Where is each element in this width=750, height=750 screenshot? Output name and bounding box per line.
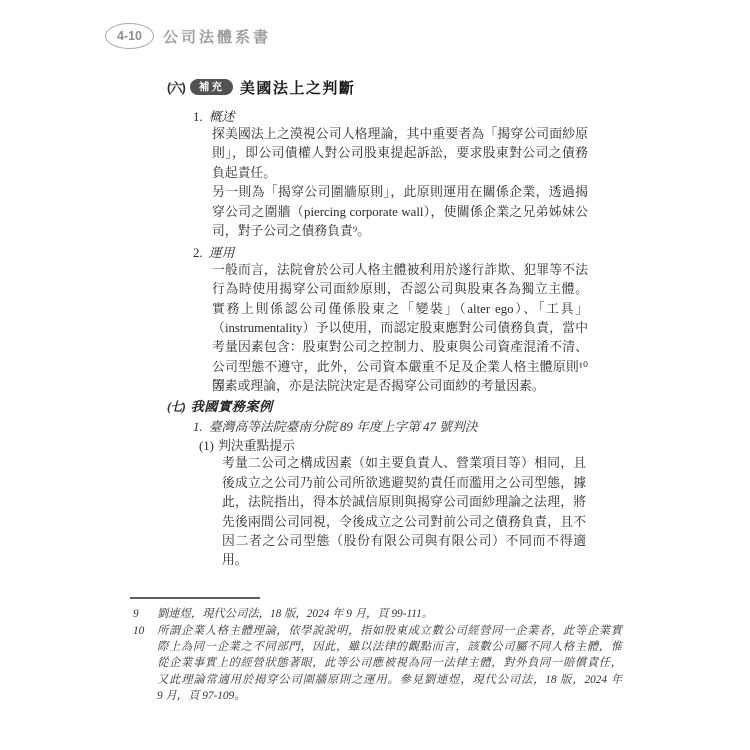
footnote-text: 所謂企業人格主體理論，依學說說明，指如股東成立數公司經營同一企業者，此等企業實際…: [157, 623, 622, 705]
book-title: 公司法體系書: [163, 26, 271, 47]
footnote-line: 9 月，頁 97-109。: [157, 688, 622, 704]
footnote-line: 所謂企業人格主體理論，依學說說明，指如股東成立數公司經營同一企業者，此等企業實: [157, 623, 622, 639]
section-7-heading: (七) 我國實務案例: [167, 396, 273, 414]
text-line: 因素或理論，亦是法院決定是否揭穿公司面紗的考量因素。: [212, 377, 588, 396]
overview-paragraph-2: 另一則為「揭穿公司圍牆原則」，此原則運用在關係企業，透過揭穿公司之圍牆（pier…: [212, 183, 588, 241]
supplement-badge: 補充: [190, 79, 233, 95]
item-number: 2.: [193, 246, 203, 260]
case-item: 1. 臺灣高等法院臺南分院 89 年度上字第 47 號判決: [193, 416, 478, 435]
overview-paragraph-1: 探美國法上之漠視公司人格理論，其中重要者為「揭穿公司面紗原則」，即公司債權人對公…: [212, 125, 588, 183]
text-line: 一般而言，法院會於公司人格主體被利用於遂行詐欺、犯罪等不法: [212, 261, 588, 280]
case-number: 1.: [193, 420, 203, 434]
footnote-separator: [130, 597, 260, 599]
section-6-heading: (六) 補充 美國法上之判斷: [167, 77, 355, 97]
text-line: 探美國法上之漠視公司人格理論，其中重要者為「揭穿公司面紗原: [212, 125, 588, 144]
sub-item-label: 判決重點提示: [218, 439, 295, 453]
section-6-marker: (六): [167, 78, 185, 96]
section-7-title: 我國實務案例: [191, 399, 273, 414]
footnote-line: 從企業事實上的經營狀態著眼，此等公司應被視為同一法律主體，對外負同一賠償責任，: [157, 655, 622, 671]
text-line: 公司型態不遵守，此外，公司資本嚴重不足及企業人格主體原則¹⁰等: [212, 358, 588, 377]
footnote-number: 10: [133, 623, 153, 639]
text-line: 考量二公司之構成因素（如主要負責人、營業項目等）相同，且: [222, 454, 586, 473]
text-line: 考量因素包含：股東對公司之控制力、股東與公司資產混淆不清、: [212, 338, 588, 357]
text-line: 此，法院指出，得本於誠信原則與揭穿公司面紗理論之法理，將: [222, 493, 586, 512]
text-line: 則」，即公司債權人對公司股東提起訴訟，要求股東對公司之債務: [212, 144, 588, 163]
list-item-overview: 1. 概述: [193, 106, 234, 125]
footnote-line: 劉連煜，現代公司法，18 版，2024 年 9 月，頁 99-111。: [157, 606, 622, 622]
running-head: 4-10 公司法體系書: [0, 0, 750, 60]
section-7-marker: (七): [167, 400, 185, 414]
section-6-title: 美國法上之判斷: [240, 77, 356, 98]
footnote-line: 又此理論常適用於揭穿公司圍牆原則之運用。參見劉連煜，現代公司法，18 版，202…: [157, 672, 622, 688]
footnote-line: 際上為同一企業之不同部門，因此，雖以法律的觀點而言，該數公司屬不同人格主體，惟: [157, 639, 622, 655]
book-page: 4-10 公司法體系書 (六) 補充 美國法上之判斷 1. 概述 探美國法上之漠…: [0, 0, 750, 750]
text-line: 司，對子公司之債務負責⁹。: [212, 222, 588, 241]
text-line: 先後兩間公司同視，令後成立之公司對前公司之債務負責，且不: [222, 513, 586, 532]
sub-item-judgment-highlights: (1) 判決重點提示: [199, 435, 295, 454]
item-label: 概述: [209, 110, 235, 124]
judgment-paragraph: 考量二公司之構成因素（如主要負責人、營業項目等）相同，且後成立之公司乃前公司所欲…: [222, 454, 586, 551]
item-number: 1.: [193, 110, 203, 124]
sub-item-number: (1): [199, 439, 214, 453]
text-line: 行為時使用揭穿公司面紗原則，否認公司與股東各為獨立主體。: [212, 280, 588, 299]
text-line: （instrumentality）予以使用，而認定股東應對公司債務負責，當中: [212, 319, 588, 338]
footnote-number: 9: [133, 606, 153, 622]
page-number-oval: 4-10: [105, 23, 154, 49]
text-line: 後成立之公司乃前公司所欲逃避契約責任而濫用之公司型態，據: [222, 474, 586, 493]
list-item-application: 2. 運用: [193, 242, 234, 261]
text-line: 穿公司之圍牆（piercing corporate wall），使關係企業之兄弟…: [212, 203, 588, 222]
page-number: 4-10: [117, 29, 142, 43]
item-label: 運用: [209, 246, 235, 260]
application-paragraph: 一般而言，法院會於公司人格主體被利用於遂行詐欺、犯罪等不法行為時使用揭穿公司面紗…: [212, 261, 588, 397]
text-line: 實務上則係認公司僅係股東之「變裝」（alter ego）、「工具」: [212, 300, 588, 319]
text-line: 負起責任。: [212, 164, 588, 183]
footnote-text: 劉連煜，現代公司法，18 版，2024 年 9 月，頁 99-111。: [157, 606, 622, 622]
text-line: 因二者之公司型態（股份有限公司與有限公司）不同而不得適用。: [222, 532, 586, 551]
case-title: 臺灣高等法院臺南分院 89 年度上字第 47 號判決: [209, 420, 478, 434]
text-line: 另一則為「揭穿公司圍牆原則」，此原則運用在關係企業，透過揭: [212, 183, 588, 202]
